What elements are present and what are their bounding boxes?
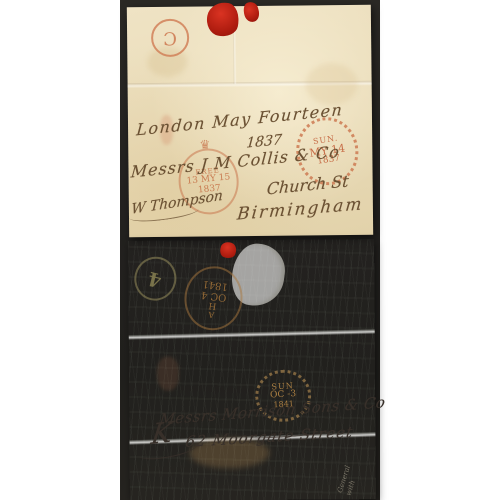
photo-dark-background: C ♛ FREE 13 MY 15 1837 SUN. MY 14 1837 L… [120,0,380,500]
wax-seal-icon [204,0,242,39]
paper-stain [305,63,357,106]
fold-crease [129,329,375,340]
cover-1841-entire: 4 A H OC 4 1841 SUN OC -3 1841 K Messrs … [128,239,376,500]
cover-1837-entire: C ♛ FREE 13 MY 15 1837 SUN. MY 14 1837 L… [127,5,373,238]
faint-red-mark [157,357,179,391]
duty-datestamp-year: 1841 [202,277,229,291]
circled-c-handstamp: C [151,19,189,57]
address-line-street: Church St [266,171,349,198]
circled-c-letter: C [163,28,177,48]
faint-circle-numeral: 4 [147,267,165,290]
auction-photo-canvas: C ♛ FREE 13 MY 15 1837 SUN. MY 14 1837 L… [0,0,500,500]
pencil-annotation: General with [336,465,362,497]
wax-seal-icon [218,240,238,260]
faint-circle-handstamp: 4 [130,252,181,305]
wax-seal-icon [241,0,261,23]
crown-icon: ♛ [199,138,211,152]
address-line-city: Birmingham [236,194,364,224]
